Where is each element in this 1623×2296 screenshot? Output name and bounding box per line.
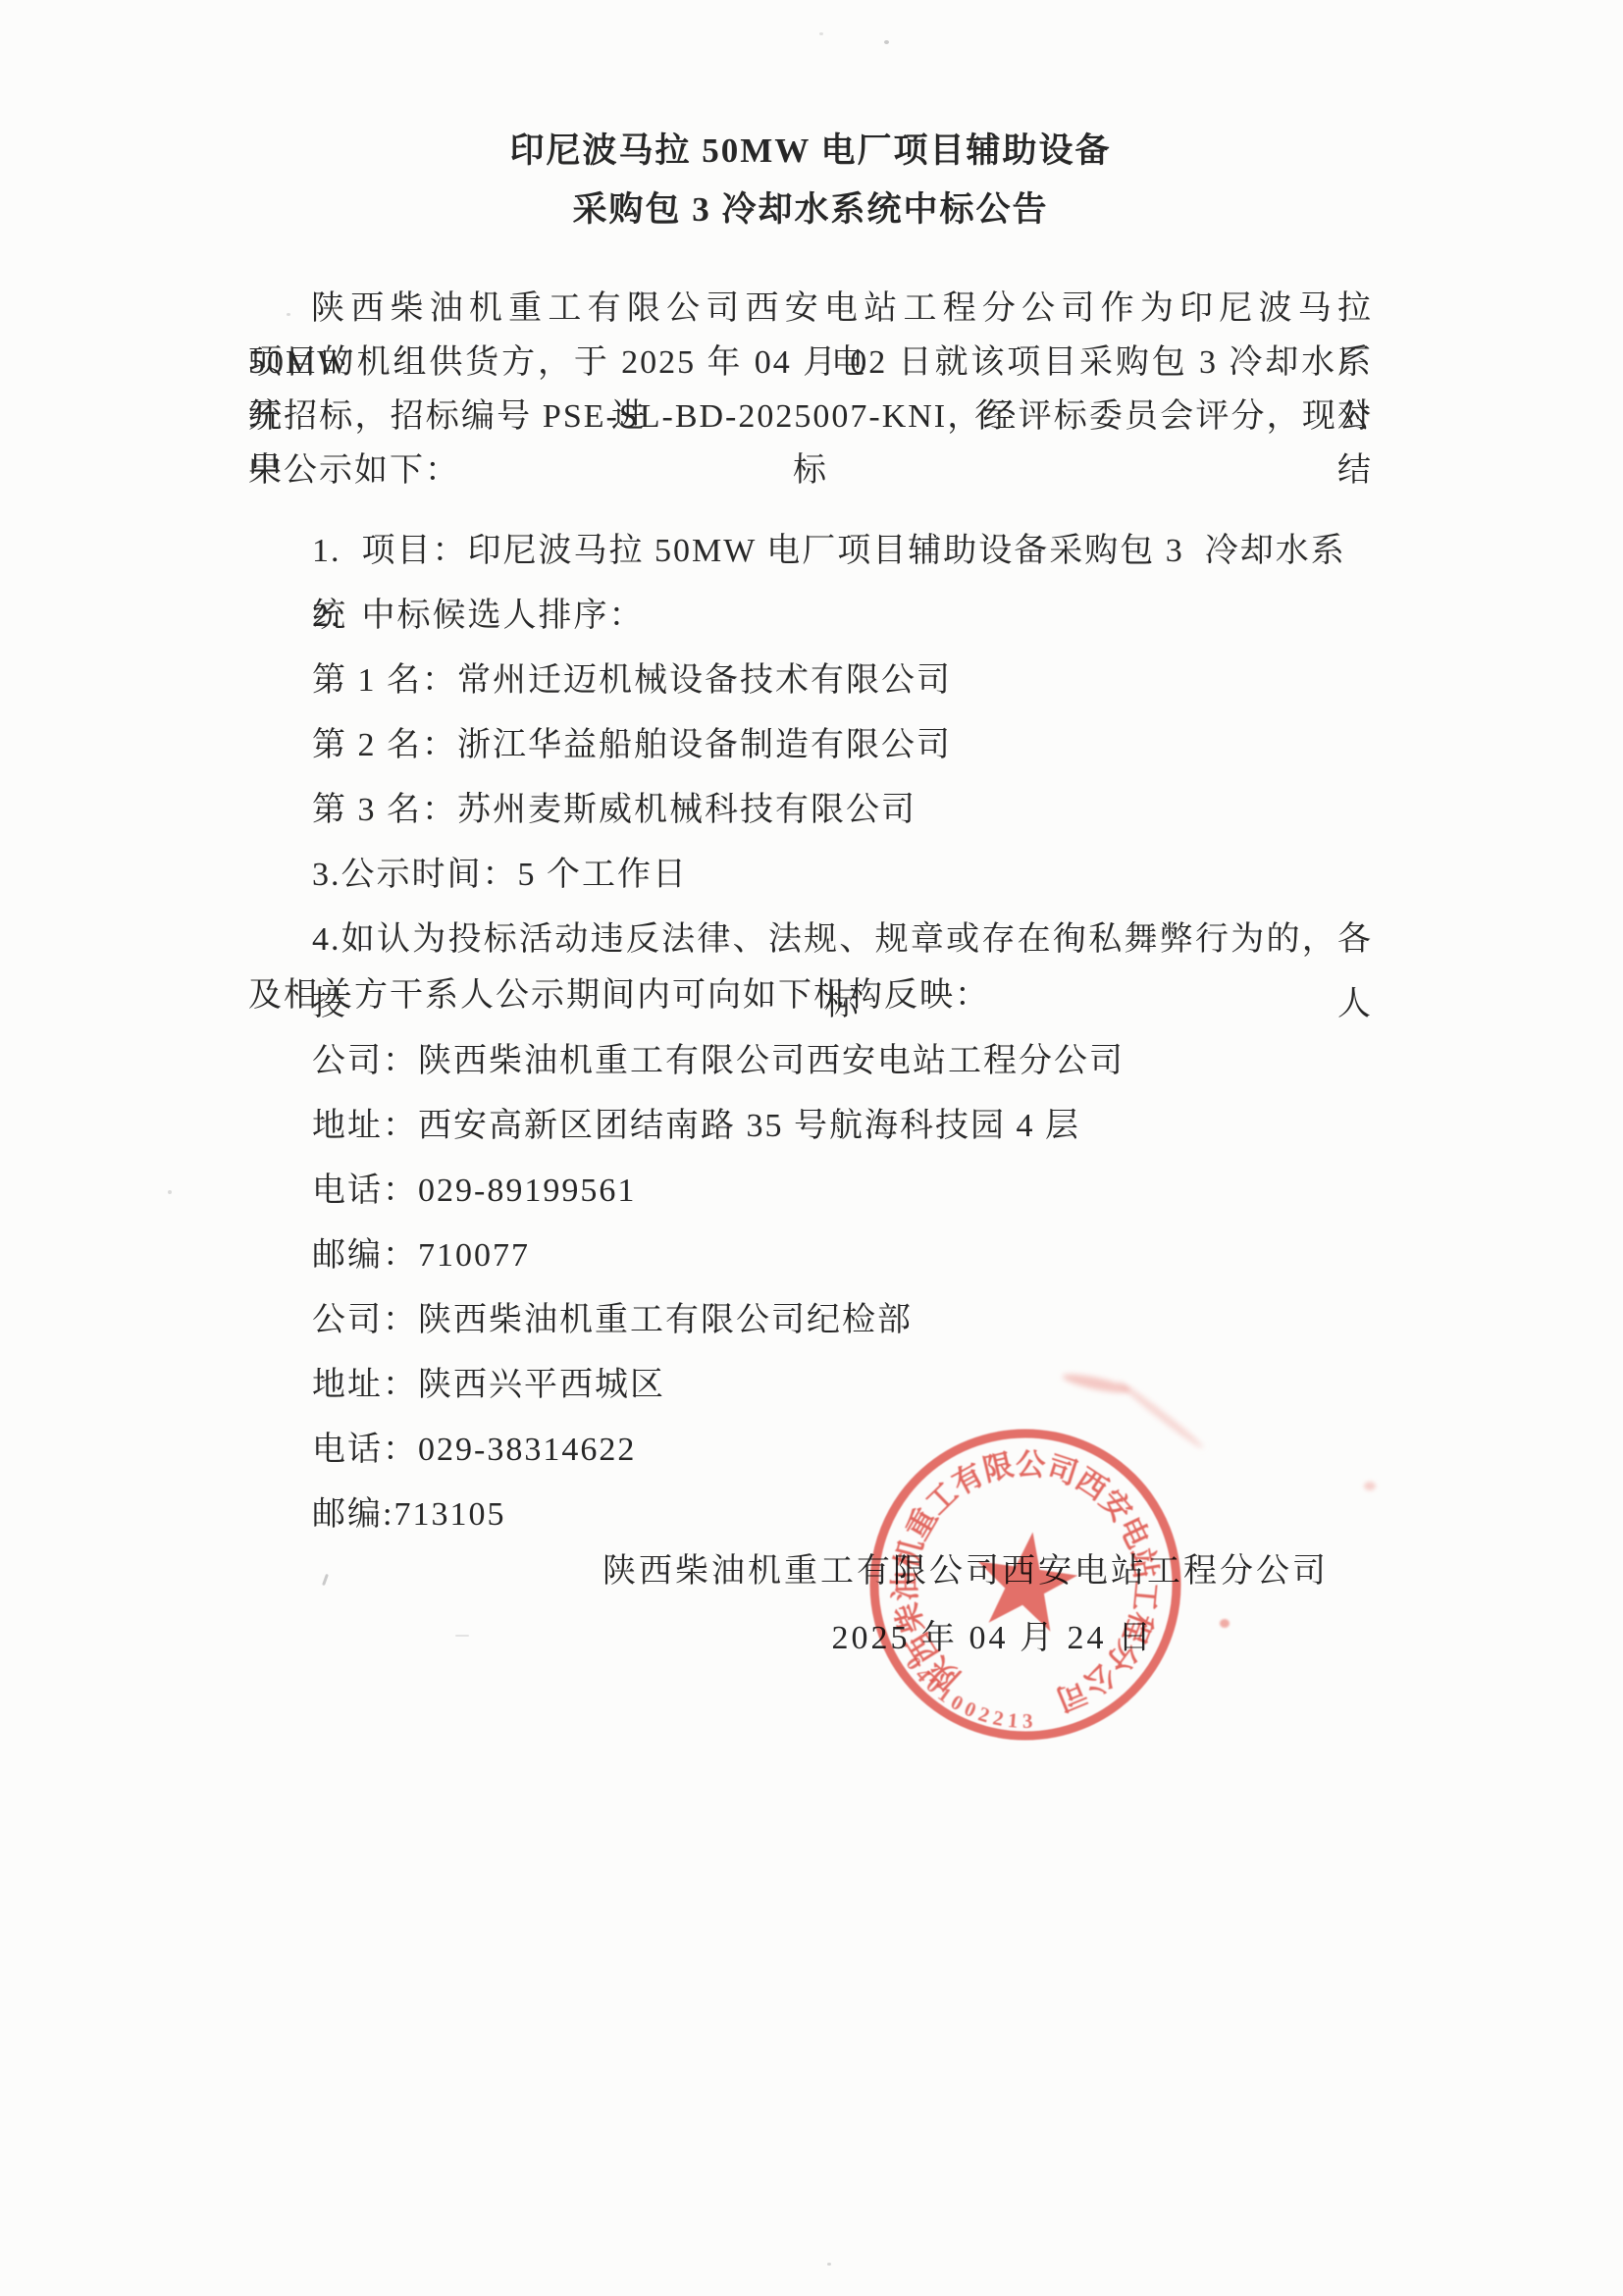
contact-line: 公司：陕西柴油机重工有限公司西安电站工程分公司: [312, 1029, 1373, 1094]
scan-artifact: [287, 313, 290, 316]
contact-line: 电话：029-38314622: [312, 1418, 1373, 1483]
paragraph-line: 陕西柴油机重工有限公司西安电站工程分公司作为印尼波马拉 50MW 电厂: [248, 282, 1373, 336]
list-item-line: 2. 中标候选人排序：: [312, 584, 1373, 649]
list-item-line: 第 3 名：苏州麦斯威机械科技有限公司: [312, 778, 1373, 843]
contact-line: 邮编：710077: [312, 1224, 1373, 1288]
announcement-list: 1. 项目：印尼波马拉 50MW 电厂项目辅助设备采购包 3 冷却水系统2. 中…: [248, 519, 1373, 1028]
scan-artifact: [168, 1190, 172, 1194]
signature-company: 陕西柴油机重工有限公司西安电站工程分公司: [248, 1552, 1373, 1592]
scan-artifact: [819, 32, 823, 35]
ink-smudge: [1364, 1482, 1376, 1490]
document-title: 印尼波马拉 50MW 电厂项目辅助设备 采购包 3 冷却水系统中标公告: [248, 122, 1373, 239]
signature-date: 2025 年 04 月 24 日: [248, 1619, 1373, 1658]
list-item-line: 第 2 名：浙江华益船舶设备制造有限公司: [312, 713, 1373, 778]
title-line-1: 印尼波马拉 50MW 电厂项目辅助设备: [248, 122, 1373, 181]
scan-artifact: [827, 2263, 831, 2266]
ink-smudge: [1220, 1619, 1230, 1628]
contact-block: 公司：陕西柴油机重工有限公司西安电站工程分公司地址：西安高新区团结南路 35 号…: [248, 1029, 1373, 1547]
intro-paragraph: 陕西柴油机重工有限公司西安电站工程分公司作为印尼波马拉 50MW 电厂项目的机组…: [248, 282, 1373, 497]
seal-star-icon: [978, 1533, 1078, 1632]
list-item-line: 3.公示时间：5 个工作日: [312, 843, 1373, 908]
contact-line: 电话：029-89199561: [312, 1159, 1373, 1224]
company-seal-stamp: 陕西柴油机重工有限公司西安电站工程分公司 04010022133: [865, 1425, 1185, 1745]
paragraph-line: 项目的机组供货方，于 2025 年 04 月 02 日就该项目采购包 3 冷却水…: [248, 336, 1373, 390]
contact-line: 邮编:713105: [312, 1483, 1373, 1547]
title-line-2: 采购包 3 冷却水系统中标公告: [248, 181, 1373, 239]
list-item-line: 第 1 名：常州迁迈机械设备技术有限公司: [312, 649, 1373, 713]
scanned-document-page: 印尼波马拉 50MW 电厂项目辅助设备 采购包 3 冷却水系统中标公告 陕西柴油…: [0, 0, 1623, 2296]
contact-line: 地址：西安高新区团结南路 35 号航海科技园 4 层: [312, 1094, 1373, 1159]
scan-artifact: [884, 40, 889, 44]
scan-artifact: [455, 1635, 469, 1637]
list-item-line: 1. 项目：印尼波马拉 50MW 电厂项目辅助设备采购包 3 冷却水系统: [312, 519, 1373, 584]
contact-line: 公司：陕西柴油机重工有限公司纪检部: [312, 1288, 1373, 1353]
contact-line: 地址：陕西兴平西城区: [312, 1353, 1373, 1418]
paragraph-line: 开招标，招标编号 PSE-SL-BD-2025007-KNI，经评标委员会评分，…: [248, 390, 1373, 444]
